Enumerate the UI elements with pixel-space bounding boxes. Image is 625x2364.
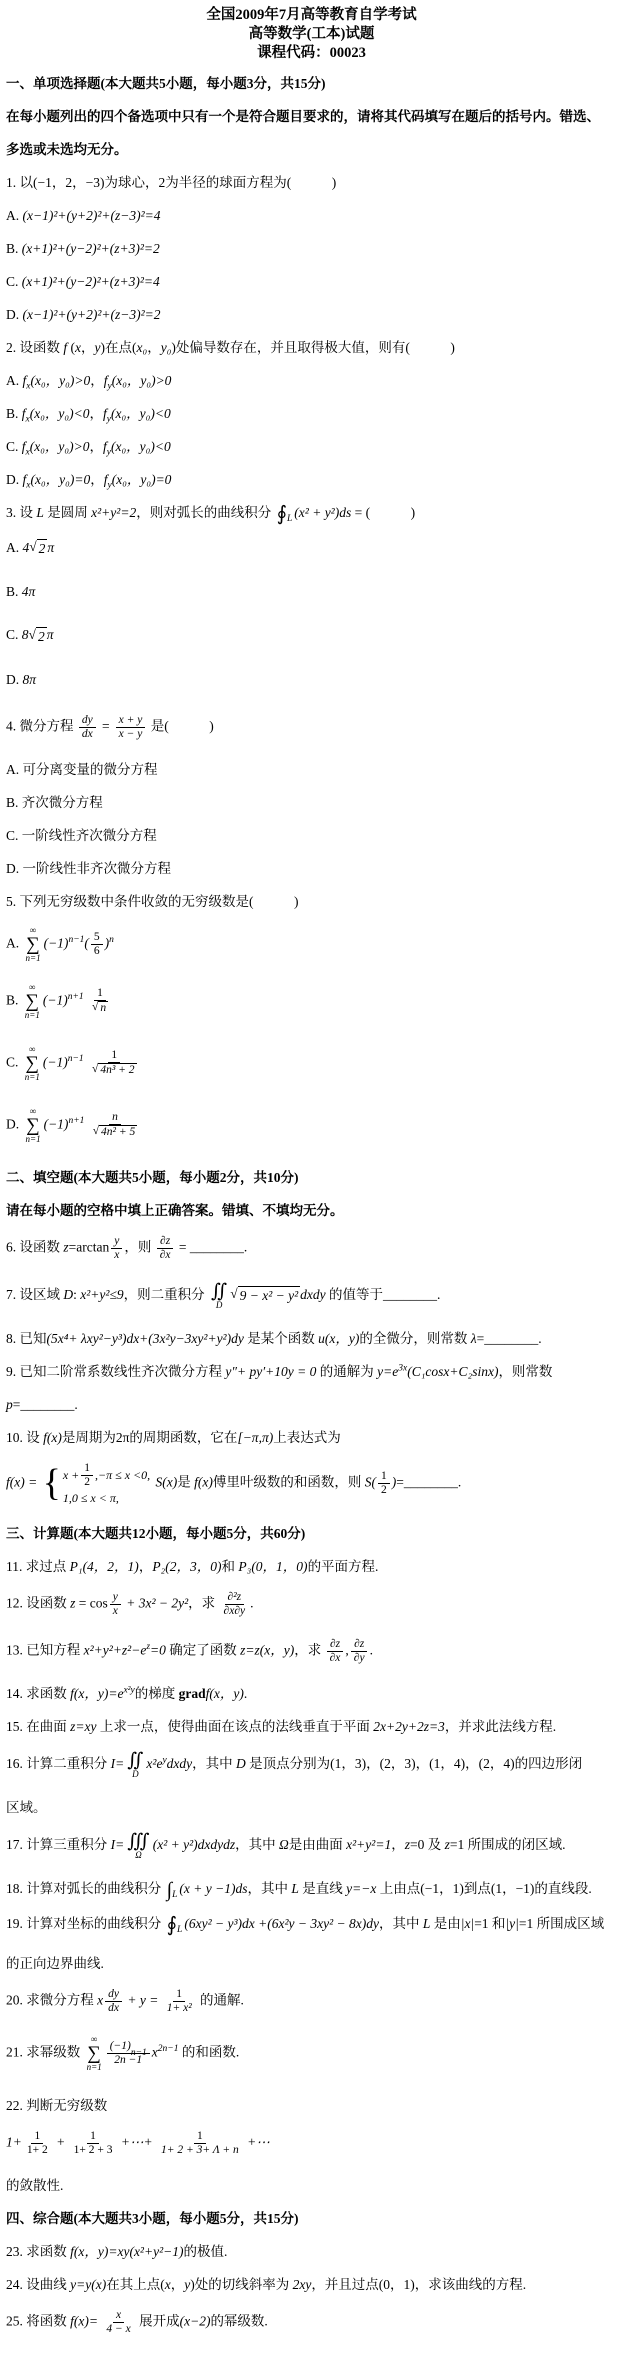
numerator: n — [109, 1111, 121, 1125]
text-run: ， — [171, 2277, 185, 2292]
text-run: 的全微分，则常数 — [359, 1331, 470, 1346]
denominator: 2n −1 — [111, 2054, 145, 2067]
superscript: n−1 — [68, 935, 84, 945]
text-run: ，其中 — [235, 1837, 279, 1852]
math-run: 1+ x² — [167, 2002, 192, 2015]
text-run: 1 — [90, 2130, 96, 2143]
math-run: (−1) — [43, 992, 68, 1007]
text-run: 11. 求过点 — [6, 1559, 70, 1574]
text-run: =________. — [396, 1474, 461, 1489]
text-run: ，求 — [294, 1642, 324, 1657]
math-run: (x² + y²)dxdydz — [153, 1837, 235, 1852]
text-run: A. — [6, 373, 23, 388]
operator-lower-limit: L — [172, 1890, 177, 1900]
text-run: C. 一阶线性齐次微分方程 — [6, 828, 157, 843]
text-run: )处的切线斜率为 — [190, 2277, 292, 2292]
q17: 17. 计算三重积分 I=∭Ω(x² + y²)dxdydz，其中 Ω是由曲面 … — [6, 1832, 617, 1860]
q23: 23. 求函数 f(x，y)=xy(x²+y²−1)的极值. — [6, 2243, 617, 2261]
big-operator: ∞∑n=1 — [25, 1045, 40, 1082]
text-run: =1 所围成的闭区域. — [450, 1837, 566, 1852]
text-run: =1 所围成区域 — [519, 1916, 604, 1931]
text-run: 4. 微分方程 — [6, 718, 77, 733]
text-run: 是圆周 — [44, 505, 91, 520]
sec1-note-1: 在每小题列出的四个备选项中只有一个是符合题目要求的，请将其代码填写在题后的括号内… — [6, 108, 617, 126]
fraction: x + yx − y — [116, 714, 146, 741]
math-run: dx — [82, 728, 93, 741]
sec2-note: 请在每小题的空格中填上正确答案。错填、不填均无分。 — [6, 1202, 617, 1220]
text-run: 1. 以(−1，2，−3)为球心，2为半径的球面方程为( ) — [6, 175, 336, 190]
text-run: 23. 求函数 — [6, 2244, 70, 2259]
q5: 5. 下列无穷级数中条件收敛的无穷级数是( ) — [6, 893, 617, 911]
math-run: y — [114, 1235, 119, 1248]
math-run: S( — [365, 1474, 376, 1489]
radical: √2 — [29, 539, 47, 558]
text-run: 上由点(−1，1)到点(1，−1)的直线段. — [376, 1881, 591, 1896]
text-run: 1 — [197, 2130, 203, 2143]
text-run: 是周期为2π的周期函数，它在 — [62, 1430, 238, 1445]
math-run: f(x) = — [6, 1474, 41, 1489]
text-run: 5 — [94, 931, 100, 944]
text-run: ， — [89, 406, 103, 421]
text-run: 在每小题列出的四个备选项中只有一个是符合题目要求的，请将其代码填写在题后的括号内… — [6, 109, 600, 124]
math-run: (x² + y²)ds — [294, 505, 351, 520]
text-run: B. 齐次微分方程 — [6, 795, 103, 810]
radical-sign: √ — [230, 1286, 237, 1302]
text-run: = cos — [75, 1595, 107, 1610]
math-run: P₃(0，1，0) — [238, 1559, 307, 1574]
numerator: x — [113, 2309, 124, 2323]
q1-c: C. (x+1)²+(y−2)²+(z+3)²=4 — [6, 273, 617, 291]
text-run: A. — [6, 208, 23, 223]
text-run: ( — [67, 340, 75, 355]
sec1-title: 一、单项选择题(本大题共5小题，每小题3分，共15分) — [6, 75, 617, 93]
math-run: x²+y²≤9 — [80, 1287, 123, 1302]
math-run: (−1) — [110, 2040, 131, 2053]
text-run: ，则对弧长的曲线积分 — [136, 505, 274, 520]
denominator: ∂y — [351, 1652, 368, 1665]
math-run: ∂z — [330, 1638, 340, 1651]
math-run: ∂z — [160, 1235, 170, 1248]
fraction: 11+ 2 — [24, 2130, 51, 2157]
big-operator: ∞∑n=1 — [25, 983, 40, 1020]
math-run: I= — [111, 1837, 125, 1852]
q2: 2. 设函数 f (x，y)在点(x₀，y₀)处偏导数存在，并且取得极大值，则有… — [6, 339, 617, 357]
operator-lower-limit: n=1 — [25, 1073, 40, 1082]
math-run: dy — [82, 714, 93, 727]
denominator: ∂x — [327, 1652, 344, 1665]
math-run: (C₁cosx+C₂sinx) — [407, 1364, 498, 1379]
q22-cont: 的敛散性. — [6, 2177, 617, 2195]
text-run: 是直线 — [299, 1881, 346, 1896]
denominator: dx — [79, 728, 96, 741]
numerator: y — [110, 1591, 121, 1605]
q2-b: B. fx(x₀，y₀)<0，fy(x₀，y₀)<0 — [6, 405, 617, 423]
math-run: + — [53, 2134, 69, 2149]
denominator: x — [111, 1249, 122, 1262]
math-run: L — [36, 505, 44, 520]
denominator: x — [110, 1605, 121, 1618]
q4-b: B. 齐次微分方程 — [6, 794, 617, 812]
text-run: 确定了函数 — [166, 1642, 240, 1657]
doc-body: 一、单项选择题(本大题共5小题，每小题3分，共15分)在每小题列出的四个备选项中… — [6, 75, 617, 2336]
exam-course-code: 课程代码：00023 — [6, 44, 617, 63]
math-run: π — [47, 540, 54, 555]
text-run: = ________. — [176, 1239, 248, 1254]
math-run: =0 — [150, 1642, 166, 1657]
q20: 20. 求微分方程 xdydx + y = 11+ x² 的通解. — [6, 1988, 617, 2015]
operator-symbol: ∑ — [26, 992, 40, 1011]
denominator: dx — [105, 2002, 122, 2015]
math-run: u(x，y) — [318, 1331, 359, 1346]
text-run: 的正向边界曲线. — [6, 1956, 104, 1971]
text-run: 1 — [381, 1470, 387, 1483]
math-run: (x−1)²+(y+2)²+(z−3)²=2 — [23, 307, 161, 322]
text-run: B. — [6, 584, 22, 599]
math-run: x — [97, 1992, 103, 2007]
math-run: x — [113, 1605, 118, 1618]
text-run: 的和函数. — [178, 2044, 239, 2059]
radicand: 4n³ + 2 — [98, 1063, 136, 1077]
text-run: 2. 设函数 — [6, 340, 63, 355]
q3-c: C. 8√2π — [6, 626, 617, 645]
fraction: 12 — [378, 1470, 390, 1497]
big-operator: ∞∑n=1 — [26, 926, 41, 963]
text-run: A. — [6, 935, 23, 950]
math-run: (x₀，y₀)>0 — [30, 439, 90, 454]
operator-symbol: ∑ — [26, 1054, 40, 1073]
math-run: y″+ py′+10y = 0 — [225, 1364, 316, 1379]
math-run: (−1) — [44, 935, 69, 950]
q16-cont: 区域。 — [6, 1799, 617, 1817]
fraction: ∂z∂y — [351, 1638, 368, 1665]
operator-lower-limit: L — [177, 1925, 182, 1935]
math-run: f(x，y)=e — [70, 1686, 123, 1701]
q10: 10. 设 f(x)是周期为2π的周期函数，它在[−π,π)上表达式为 — [6, 1429, 617, 1447]
text-run: ，其中 — [379, 1916, 423, 1931]
text-run: C. — [6, 1054, 22, 1069]
operator-symbol: ∮ — [167, 1914, 177, 1936]
operator-lower-limit: D — [132, 1770, 139, 1779]
text-run: 是( ) — [147, 718, 213, 733]
text-run — [84, 1054, 87, 1069]
q4: 4. 微分方程 dydx = x + yx − y 是( ) — [6, 714, 617, 741]
math-run: D — [236, 1756, 246, 1771]
cases-rows: x +12,−π ≤ x <0,1,0 ≤ x < π, — [63, 1462, 150, 1505]
math-run: ∂x — [160, 1249, 171, 1262]
big-operator: ∮L — [277, 504, 293, 524]
math-run: dxdy — [300, 1287, 325, 1302]
math-run: (x₀，y₀)>0 — [30, 373, 90, 388]
math-run: 1,0 ≤ x < π, — [63, 1491, 119, 1505]
text-run: 的通解为 — [316, 1364, 377, 1379]
text-run: C. — [6, 439, 22, 454]
math-run: 4 − x — [106, 2323, 130, 2336]
big-operator: ∬D — [127, 1751, 143, 1779]
bold-run: grad — [179, 1686, 206, 1701]
text-run: 14. 求函数 — [6, 1686, 70, 1701]
math-run: 1+ — [6, 2134, 22, 2149]
math-run: x²+y²=2 — [91, 505, 136, 520]
math-run: x₀ — [137, 340, 148, 355]
fraction: yx — [111, 1235, 122, 1262]
text-run: ，则二重积分 — [124, 1287, 208, 1302]
q5-a: A. ∞∑n=1(−1)n−1(56)n — [6, 926, 617, 963]
piecewise-cases: {x +12,−π ≤ x <0,1,0 ≤ x < π, — [43, 1462, 151, 1505]
q2-a: A. fx(x₀，y₀)>0，fy(x₀，y₀)>0 — [6, 372, 617, 390]
text-run: 24. 设曲线 — [6, 2277, 70, 2292]
math-run: x²e — [146, 1756, 162, 1771]
math-run: (−1) — [43, 1054, 68, 1069]
math-run: dx — [108, 2002, 119, 2015]
text-run: 1 — [111, 1049, 117, 1062]
cases-row: 1,0 ≤ x < π, — [63, 1491, 119, 1505]
q24: 24. 设曲线 y=y(x)在其上点(x，y)处的切线斜率为 2xy，并且过点(… — [6, 2276, 617, 2294]
text-run: 的极值. — [183, 2244, 227, 2259]
text-run: , — [345, 1642, 348, 1657]
fraction: x4 − x — [103, 2309, 133, 2336]
big-operator: ∞∑n=1 — [87, 2035, 102, 2072]
text-run: = ( ) — [351, 505, 415, 520]
text-run: ， — [90, 472, 104, 487]
denominator: ∂x∂y — [221, 1605, 249, 1618]
superscript: n — [109, 935, 114, 945]
superscript: n+1 — [68, 992, 84, 1002]
text-run: 6 — [94, 945, 100, 958]
math-run: ∂z — [354, 1638, 364, 1651]
text-run: 1 — [176, 1988, 182, 2001]
numerator: (−1)n−1 — [107, 2040, 150, 2054]
text-run: 的梯度 — [135, 1686, 179, 1701]
radical: √4n² + 5 — [93, 1125, 138, 1139]
denominator: 4 − x — [103, 2323, 133, 2336]
text-run: 上表达式为 — [273, 1430, 341, 1445]
text-run: 的敛散性. — [6, 2178, 63, 2193]
q13: 13. 已知方程 x²+y²+z²−ez=0 确定了函数 z=z(x，y)，求 … — [6, 1638, 617, 1665]
text-run: ， — [81, 340, 95, 355]
text-run: )处偏导数存在，并且取得极大值，则有( ) — [171, 340, 455, 355]
q3: 3. 设 L 是圆周 x²+y²=2，则对弧长的曲线积分 ∮L(x² + y²)… — [6, 504, 617, 524]
q4-a: A. 可分离变量的微分方程 — [6, 761, 617, 779]
math-run: p — [6, 1397, 13, 1412]
big-operator: ∭Ω — [127, 1832, 149, 1860]
sec1-note-2: 多选或未选均无分。 — [6, 141, 617, 159]
math-run: x − y — [119, 728, 143, 741]
text-run: 2 — [381, 1484, 387, 1497]
math-run: ∂²z — [228, 1591, 242, 1604]
math-run: x + — [63, 1468, 79, 1482]
math-run: f(x)= — [70, 2313, 101, 2328]
text-run: 6. 设函数 — [6, 1239, 63, 1254]
text-run: 22. 判断无穷级数 — [6, 2098, 107, 2113]
text-run: B. — [6, 406, 22, 421]
numerator: 1 — [31, 2130, 43, 2144]
q8: 8. 已知(5x⁴+ λxy²−y³)dx+(3x²y−3xy²+y²)dy 是… — [6, 1330, 617, 1348]
operator-symbol: ∑ — [26, 935, 40, 954]
math-run: S(x) — [156, 1474, 178, 1489]
math-run: |y| — [505, 1916, 518, 1931]
math-run: f(x，y) — [206, 1686, 244, 1701]
text-run: . — [250, 1595, 253, 1610]
numerator: 1 — [81, 1462, 93, 1476]
text-run: 13. 已知方程 — [6, 1642, 84, 1657]
text-run: 区域。 — [6, 1800, 47, 1815]
math-run: ∂x∂y — [224, 1605, 246, 1618]
math-run: I= — [111, 1756, 125, 1771]
text-run: ，则 — [124, 1239, 154, 1254]
q16: 16. 计算二重积分 I=∬Dx²eydxdy，其中 D 是顶点分别为(1，3)… — [6, 1751, 617, 1779]
math-run: x²+y²=1 — [346, 1837, 391, 1852]
numerator: 1 — [94, 987, 106, 1001]
text-run: ， — [147, 340, 161, 355]
radicand: 4n² + 5 — [99, 1125, 137, 1139]
math-run: D — [63, 1287, 73, 1302]
math-run: (x + y −1)ds — [179, 1881, 247, 1896]
text-run: 多选或未选均无分。 — [6, 142, 128, 157]
math-run: ∂y — [354, 1652, 365, 1665]
text-run: 傅里叶级数的和函数，则 — [213, 1474, 365, 1489]
q14: 14. 求函数 f(x，y)=ex²y的梯度 gradf(x，y). — [6, 1685, 617, 1703]
math-run: = — [98, 718, 114, 733]
text-run: 请在每小题的空格中填上正确答案。错填、不填均无分。 — [6, 1203, 344, 1218]
left-brace: { — [43, 1464, 61, 1502]
text-run: C. — [6, 627, 22, 642]
q1: 1. 以(−1，2，−3)为球心，2为半径的球面方程为( ) — [6, 174, 617, 192]
math-run: + y = — [124, 1992, 162, 2007]
text-run: 的值等于________. — [326, 1287, 441, 1302]
superscript: 2n−1 — [158, 2044, 179, 2054]
text-run: D. 一阶线性非齐次微分方程 — [6, 861, 171, 876]
text-run: 1+ 2 — [27, 2144, 48, 2157]
q9: 9. 已知二阶常系数线性齐次微分方程 y″+ py′+10y = 0 的通解为 … — [6, 1363, 617, 1381]
q3-b: B. 4π — [6, 583, 617, 601]
text-run: A. 可分离变量的微分方程 — [6, 762, 158, 777]
operator-lower-limit: Ω — [135, 1851, 142, 1860]
radical: √2 — [29, 627, 47, 646]
text-run: 20. 求微分方程 — [6, 1992, 97, 2007]
denominator: √4n³ + 2 — [89, 1063, 140, 1077]
text-run: 8. 已知 — [6, 1331, 47, 1346]
numerator: 1 — [87, 2130, 99, 2144]
text-run: 19. 计算对坐标的曲线积分 — [6, 1916, 165, 1931]
text-run: =________. — [477, 1331, 542, 1346]
q5-b: B. ∞∑n=1(−1)n+1 1√n — [6, 983, 617, 1020]
math-run: 2n −1 — [114, 2054, 142, 2067]
q6: 6. 设函数 z=arctanyx，则 ∂z∂x = ________. — [6, 1235, 617, 1262]
radicand: 2 — [36, 627, 47, 646]
operator-lower-limit: L — [287, 514, 292, 524]
math-run: (x₀，y₀)<0 — [111, 406, 171, 421]
math-run: dxdy — [167, 1756, 192, 1771]
sec2-title: 二、填空题(本大题共5小题，每小题2分，共10分) — [6, 1169, 617, 1187]
text-run: 是由 — [430, 1916, 460, 1931]
text-run: =1 和 — [474, 1916, 505, 1931]
q11: 11. 求过点 P₁(4，2，1)，P₂(2，3，0)和 P₃(0，1，0)的平… — [6, 1558, 617, 1576]
text-run: 是顶点分别为(1，3)，(2，3)，(1，4)，(2，4)的四边形闭 — [246, 1756, 582, 1771]
text-run: 三、计算题(本大题共12小题，每小题5分，共60分) — [6, 1526, 305, 1541]
denominator: ∂x — [157, 1249, 174, 1262]
fraction: n√4n² + 5 — [90, 1111, 141, 1139]
text-run: 的幂级数. — [210, 2313, 267, 2328]
q3-d: D. 8π — [6, 671, 617, 689]
denominator: √n — [89, 1001, 111, 1015]
math-run: (x₀，y₀)=0 — [112, 472, 172, 487]
numerator: y — [111, 1235, 122, 1249]
numerator: ∂²z — [225, 1591, 245, 1605]
exam-header: 全国2009年7月高等教育自学考试 高等数学(工本)试题 课程代码：00023 — [6, 6, 617, 63]
q19: 19. 计算对坐标的曲线积分 ∮L(6xy² − y³)dx +(6x²y − … — [6, 1915, 617, 1935]
operator-symbol: ∭ — [127, 1832, 149, 1851]
text-run: 2 — [84, 1476, 90, 1489]
text-run: 二、填空题(本大题共5小题，每小题2分，共10分) — [6, 1170, 299, 1185]
denominator: 2 — [378, 1484, 390, 1497]
math-run: + 3x² − 2y² — [123, 1595, 188, 1610]
text-run: ，其中 — [192, 1756, 236, 1771]
numerator: 5 — [91, 931, 103, 945]
math-run: L — [291, 1881, 299, 1896]
text-run: 3. 设 — [6, 505, 36, 520]
fraction: ∂z∂x — [157, 1235, 174, 1262]
q19-cont: 的正向边界曲线. — [6, 1955, 617, 1973]
text-run — [84, 1116, 87, 1131]
math-run: z=z(x，y) — [240, 1642, 294, 1657]
text-run: =arctan — [69, 1239, 110, 1254]
text-run: 9. 已知二阶常系数线性齐次微分方程 — [6, 1364, 225, 1379]
radical-sign: √ — [29, 539, 36, 555]
operator-lower-limit: n=1 — [87, 2063, 102, 2072]
q7: 7. 设区域 D: x²+y²≤9，则二重积分 ∬D√9 − x² − y²dx… — [6, 1282, 617, 1310]
q4-d: D. 一阶线性非齐次微分方程 — [6, 860, 617, 878]
text-run: 的平面方程. — [308, 1559, 379, 1574]
denominator: 2 — [81, 1476, 93, 1489]
q1-d: D. (x−1)²+(y+2)²+(z−3)²=2 — [6, 306, 617, 324]
math-run: 8π — [23, 672, 37, 687]
operator-symbol: ∮ — [277, 503, 287, 525]
fraction: yx — [110, 1591, 121, 1618]
exam-title-line1: 全国2009年7月高等教育自学考试 — [6, 6, 617, 25]
text-run: =0 及 — [410, 1837, 445, 1852]
radical-sign: √ — [29, 627, 36, 643]
fraction: dydx — [79, 714, 96, 741]
denominator: 6 — [91, 945, 103, 958]
numerator: 1 — [173, 1988, 185, 2002]
math-run: P₁(4，2，1) — [70, 1559, 139, 1574]
text-run: A. — [6, 540, 23, 555]
text-run: ， — [89, 439, 103, 454]
text-run: 1 — [34, 2130, 40, 2143]
text-run: B. — [6, 992, 22, 1007]
sec3-title: 三、计算题(本大题共12小题，每小题5分，共60分) — [6, 1525, 617, 1543]
text-run: 四、综合题(本大题共3小题，每小题5分，共15分) — [6, 2211, 299, 2226]
math-run: 2xy — [293, 2277, 312, 2292]
operator-symbol: ∬ — [127, 1751, 143, 1770]
math-run: f(x) — [194, 1474, 213, 1489]
q4-c: C. 一阶线性齐次微分方程 — [6, 827, 617, 845]
text-run: 5. 下列无穷级数中条件收敛的无穷级数是( ) — [6, 894, 299, 909]
text-run: 16. 计算二重积分 — [6, 1756, 111, 1771]
text-run: D. — [6, 472, 23, 487]
radical: √n — [92, 1001, 108, 1015]
math-run: y=−x — [346, 1881, 376, 1896]
text-run: . — [370, 1642, 373, 1657]
math-run: (x+1)²+(y−2)²+(z+3)²=2 — [22, 241, 160, 256]
numerator: x + y — [116, 714, 146, 728]
math-run: z=xy — [70, 1719, 96, 1734]
math-run: +⋯+ — [117, 2134, 155, 2149]
text-run: D. — [6, 672, 23, 687]
numerator: 1 — [108, 1049, 120, 1063]
math-run: P₂(2，3，0) — [152, 1559, 221, 1574]
superscript: n+1 — [68, 1116, 84, 1126]
